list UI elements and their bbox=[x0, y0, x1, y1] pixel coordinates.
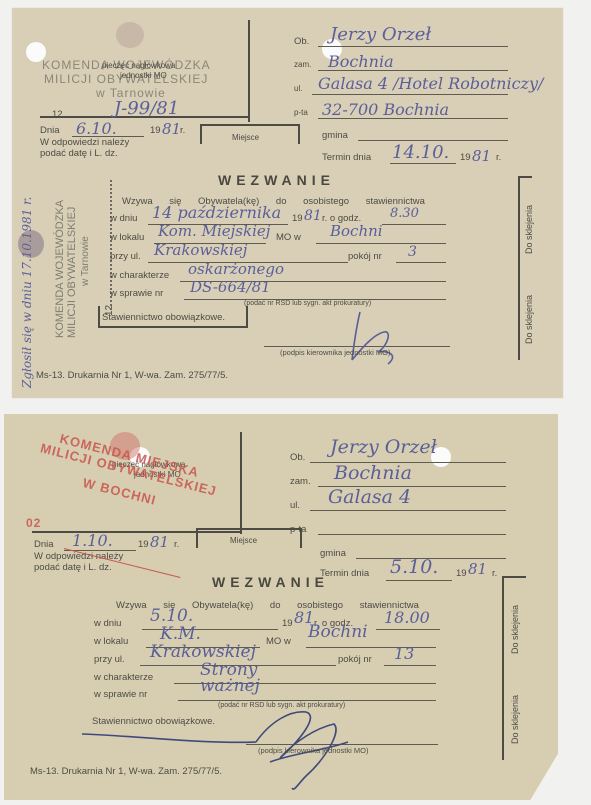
gmina-label: gmina bbox=[322, 130, 348, 141]
date-label: Dnia bbox=[34, 539, 54, 550]
lokal-label: w lokalu bbox=[94, 636, 128, 647]
ldz-value: J-99/81 bbox=[114, 98, 179, 119]
termin-label: Termin dnia bbox=[322, 152, 371, 163]
side-stamp-line-3: w Tarnowie bbox=[80, 236, 91, 286]
footer-printer: Ms-13. Drukarnia Nr 1, W-wa. Zam. 275/77… bbox=[36, 370, 228, 381]
sprawa-value: DS-664/81 bbox=[190, 278, 271, 296]
place-box-label: Miejsce bbox=[230, 536, 257, 545]
place-box-label: Miejsce bbox=[232, 133, 259, 142]
pta-label: p-ta bbox=[294, 108, 308, 117]
charakter-value: oskarżonego bbox=[188, 260, 284, 278]
pokoj-label: pokój nr bbox=[338, 654, 372, 665]
ulica-label: przy ul. bbox=[94, 654, 125, 665]
ldz-prefix: 02 bbox=[26, 516, 41, 530]
date-year-prefix: 19 bbox=[138, 539, 149, 550]
date-year: 81 bbox=[162, 120, 181, 138]
sprawa-label: w sprawie nr bbox=[110, 288, 163, 299]
zam-value: Bochnia bbox=[328, 52, 394, 71]
pokoj-line bbox=[384, 665, 436, 666]
pta-value: 32-700 Bochnia bbox=[322, 100, 449, 119]
termin-suffix: r. bbox=[496, 152, 501, 163]
sprawa-value: ważnej bbox=[200, 676, 260, 696]
ul-value: Galasa 4 bbox=[328, 486, 411, 508]
body-year: 81 bbox=[304, 208, 322, 224]
glue-label-2: Do sklejenia bbox=[524, 295, 534, 344]
sprawa-hint: (podać nr RSD lub sygn. akt prokuratury) bbox=[244, 300, 371, 307]
pokoj-value: 13 bbox=[394, 644, 414, 663]
termin-year-prefix: 19 bbox=[460, 152, 471, 163]
date-value: 6.10. bbox=[76, 119, 117, 138]
ul-line bbox=[310, 510, 506, 511]
glue-label-1: Do sklejenia bbox=[510, 605, 520, 654]
termin-value: 5.10. bbox=[390, 556, 438, 578]
termin-value: 14.10. bbox=[392, 142, 449, 163]
ldz-prefix: 12 bbox=[52, 109, 63, 120]
footer-printer: Ms-13. Drukarnia Nr 1, W-wa. Zam. 275/77… bbox=[30, 766, 222, 777]
eagle-stamp-icon bbox=[18, 230, 44, 258]
side-stamp-line-1: KOMENDA WOJEWÓDZKA bbox=[54, 200, 66, 338]
ul-value: Galasa 4 /Hotel Robotniczy/ bbox=[318, 74, 543, 93]
glue-strip-line bbox=[518, 176, 520, 360]
os-line bbox=[318, 46, 508, 47]
termin-suffix: r. bbox=[492, 568, 497, 579]
termin-line bbox=[386, 580, 452, 581]
body-year-prefix: 19 bbox=[292, 213, 303, 224]
mo-w-line bbox=[306, 647, 436, 648]
ul-label: ul. bbox=[294, 84, 302, 93]
w-dniu-value: 5.10. bbox=[150, 606, 193, 626]
reply-note-1: W odpowiedzi należy bbox=[40, 137, 129, 148]
ulica-value: Krakowskiej bbox=[150, 642, 256, 662]
form-title: WEZWANIE bbox=[212, 574, 329, 590]
date-suffix: r. bbox=[174, 539, 179, 550]
godz-line bbox=[382, 224, 446, 225]
mo-w-value: Bochni bbox=[330, 222, 383, 240]
form-title: WEZWANIE bbox=[218, 172, 335, 188]
mo-w-line bbox=[316, 243, 446, 244]
termin-year: 81 bbox=[468, 560, 487, 578]
signature-caption: (podpis kierownika jednostki MO) bbox=[280, 348, 390, 357]
ulica-value: Krakowskiej bbox=[154, 241, 247, 259]
lokal-value: Kom. Miejskiej bbox=[158, 222, 270, 240]
summons-document-2: pieczęć nagłówkowa jednostki MO KOMENDA … bbox=[4, 414, 558, 800]
date-value: 1.10. bbox=[72, 531, 113, 550]
godz-value: 18.00 bbox=[384, 608, 430, 627]
summons-document-1: KOMENDA WOJEWÓDZKA MILICJI OBYWATELSKIEJ… bbox=[12, 8, 563, 398]
reply-note-2: podać datę i L. dz. bbox=[34, 562, 112, 573]
body-year-prefix: 19 bbox=[282, 618, 293, 629]
zam-label: zam. bbox=[294, 60, 311, 69]
godz-value: 8.30 bbox=[390, 206, 419, 221]
pokoj-value: 3 bbox=[408, 244, 417, 260]
sprawa-line bbox=[178, 700, 436, 701]
glue-label-2: Do sklejenia bbox=[510, 695, 520, 744]
zam-value: Bochnia bbox=[334, 462, 412, 484]
signature-caption: (podpis kierownika jednostki MO) bbox=[258, 746, 368, 755]
obligatory-text: Stawiennictwo obowiązkowe. bbox=[102, 312, 225, 323]
glue-strip-cap bbox=[518, 176, 532, 178]
w-dniu-label: w dniu bbox=[110, 213, 137, 224]
gmina-label: gmina bbox=[320, 548, 346, 559]
lokal-value: K.M. bbox=[160, 624, 201, 644]
mo-w-value: Bochni bbox=[308, 622, 368, 642]
pta-line bbox=[318, 534, 506, 535]
termin-year-prefix: 19 bbox=[456, 568, 467, 579]
header-divider bbox=[248, 20, 250, 122]
charakter-label: w charakterze bbox=[110, 270, 169, 281]
os-label: Ob. bbox=[294, 36, 309, 47]
ul-line bbox=[312, 94, 508, 95]
charakter-label: w charakterze bbox=[94, 672, 153, 683]
side-stamp-line-2: MILICJI OBYWATELSKIEJ bbox=[66, 207, 78, 338]
ulica-label: przy ul. bbox=[110, 251, 141, 262]
zam-label: zam. bbox=[290, 476, 311, 487]
w-dniu-value: 14 października bbox=[152, 203, 281, 222]
reply-note-2: podać datę i L. dz. bbox=[40, 148, 118, 159]
date-label: Dnia bbox=[40, 125, 60, 136]
pta-label: p-ta bbox=[290, 524, 306, 535]
termin-year: 81 bbox=[472, 147, 491, 165]
termin-line bbox=[390, 163, 456, 164]
eagle-emblem-icon bbox=[116, 22, 144, 48]
os-value: Jerzy Orzeł bbox=[330, 436, 437, 458]
pokoj-line bbox=[396, 262, 446, 263]
sprawa-label: w sprawie nr bbox=[94, 689, 147, 700]
os-value: Jerzy Orzeł bbox=[330, 24, 431, 45]
gmina-line bbox=[358, 140, 508, 141]
mo-w-label: MO w bbox=[266, 636, 291, 647]
glue-label-1: Do sklejenia bbox=[524, 205, 534, 254]
header-divider bbox=[240, 432, 242, 534]
mo-w-label: MO w bbox=[276, 232, 301, 243]
pokoj-label: pokój nr bbox=[348, 251, 382, 262]
date-year-prefix: 19 bbox=[150, 125, 161, 136]
side-handwriting-note: Zgłosił się w dniu 17.10.1981 r. bbox=[20, 197, 34, 388]
w-dniu-label: w dniu bbox=[94, 618, 121, 629]
godz-line bbox=[376, 629, 440, 630]
lokal-label: w lokalu bbox=[110, 232, 144, 243]
glue-strip-line bbox=[502, 576, 504, 760]
glue-strip-cap bbox=[502, 576, 526, 578]
signature-scribble-icon bbox=[342, 308, 412, 368]
os-label: Ob. bbox=[290, 452, 305, 463]
header-print-label-1: pieczęć nagłówkowa bbox=[102, 61, 175, 70]
ul-label: ul. bbox=[290, 500, 300, 511]
date-year: 81 bbox=[150, 533, 169, 551]
date-suffix: r. bbox=[180, 125, 185, 136]
header-print-label-2: jednostki MO bbox=[120, 71, 167, 80]
